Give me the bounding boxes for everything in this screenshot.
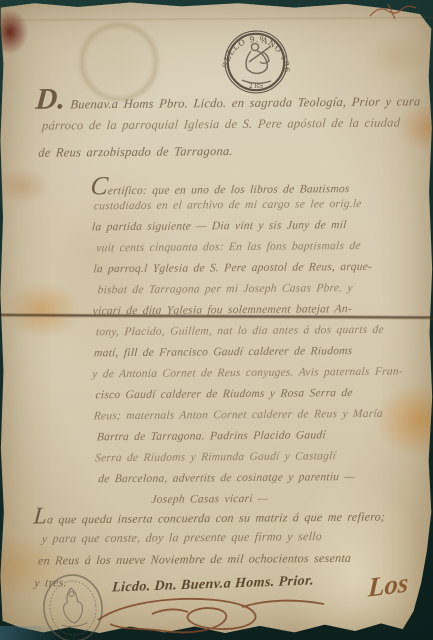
manuscript-line: tony, Placido, Guillem, nat lo dia antes…: [95, 320, 403, 344]
manuscript-line: y para que conste, doy la presente que f…: [41, 524, 387, 549]
document-opening: D. Buenav.a Homs Pbro. Licdo. en sagrada…: [36, 82, 422, 166]
manuscript-line: párroco de la parroquial Iglesia de S. P…: [41, 109, 422, 139]
manuscript-line: cisco Gaudí calderer de Riudoms y Rosa S…: [95, 383, 404, 407]
catchword-mark: Los: [367, 567, 409, 603]
corner-ink-mark-icon: [366, 1, 422, 23]
manuscript-line: de Barcelona, advertits de cosinatge y p…: [97, 467, 404, 491]
manuscript-line: en Reus á los nueve Noviembre de mil och…: [37, 546, 387, 571]
manuscript-line: matí, fill de Francisco Gaudí calderer d…: [93, 341, 403, 365]
signature-rubric-flourish: [92, 590, 332, 640]
manuscript-line: Bartra de Tarragona. Padrins Placido Gau…: [96, 425, 404, 449]
document-photo: SELLO 9.º AÑO 1863 2 RS D. Buenav.a Homs…: [0, 0, 433, 640]
manuscript-line: vicari de dita Yglesia fou solemnement b…: [92, 299, 403, 323]
manuscript-line: la parroq.l Yglesia de S. Pere apostol d…: [93, 257, 403, 281]
manuscript-line: y de Antonia Cornet de Reus conyuges. Av…: [91, 362, 403, 386]
parish-oval-seal: [36, 569, 109, 640]
manuscript-line: Reus; maternals Anton Cornet calderer de…: [93, 404, 404, 428]
manuscript-line: de Reus arzobispado de Tarragona.: [37, 136, 422, 166]
stamp-seated-figure-icon: [242, 43, 271, 83]
manuscript-line: bisbat de Tarragona per mi Joseph Casas …: [97, 278, 403, 302]
manuscript-line: vuit cents cinquanta dos: En las fons ba…: [95, 236, 402, 260]
manuscript-line: custodiados en el archivo de mi cargo se…: [93, 194, 402, 218]
manuscript-line: la partida siguiente — Dia vint y sis Ju…: [91, 215, 402, 239]
document-body: Certifico: que en uno de los libros de B…: [91, 173, 405, 512]
manuscript-line: D. Buenav.a Homs Pbro. Licdo. en sagrada…: [35, 82, 422, 112]
manuscript-line: La que queda inserta concuerda con su ma…: [33, 502, 387, 527]
manuscript-line: Certifico: que en uno de los libros de B…: [90, 173, 402, 197]
manuscript-line: Serra de Riudoms y Rimunda Gaudí y Casta…: [94, 446, 404, 470]
